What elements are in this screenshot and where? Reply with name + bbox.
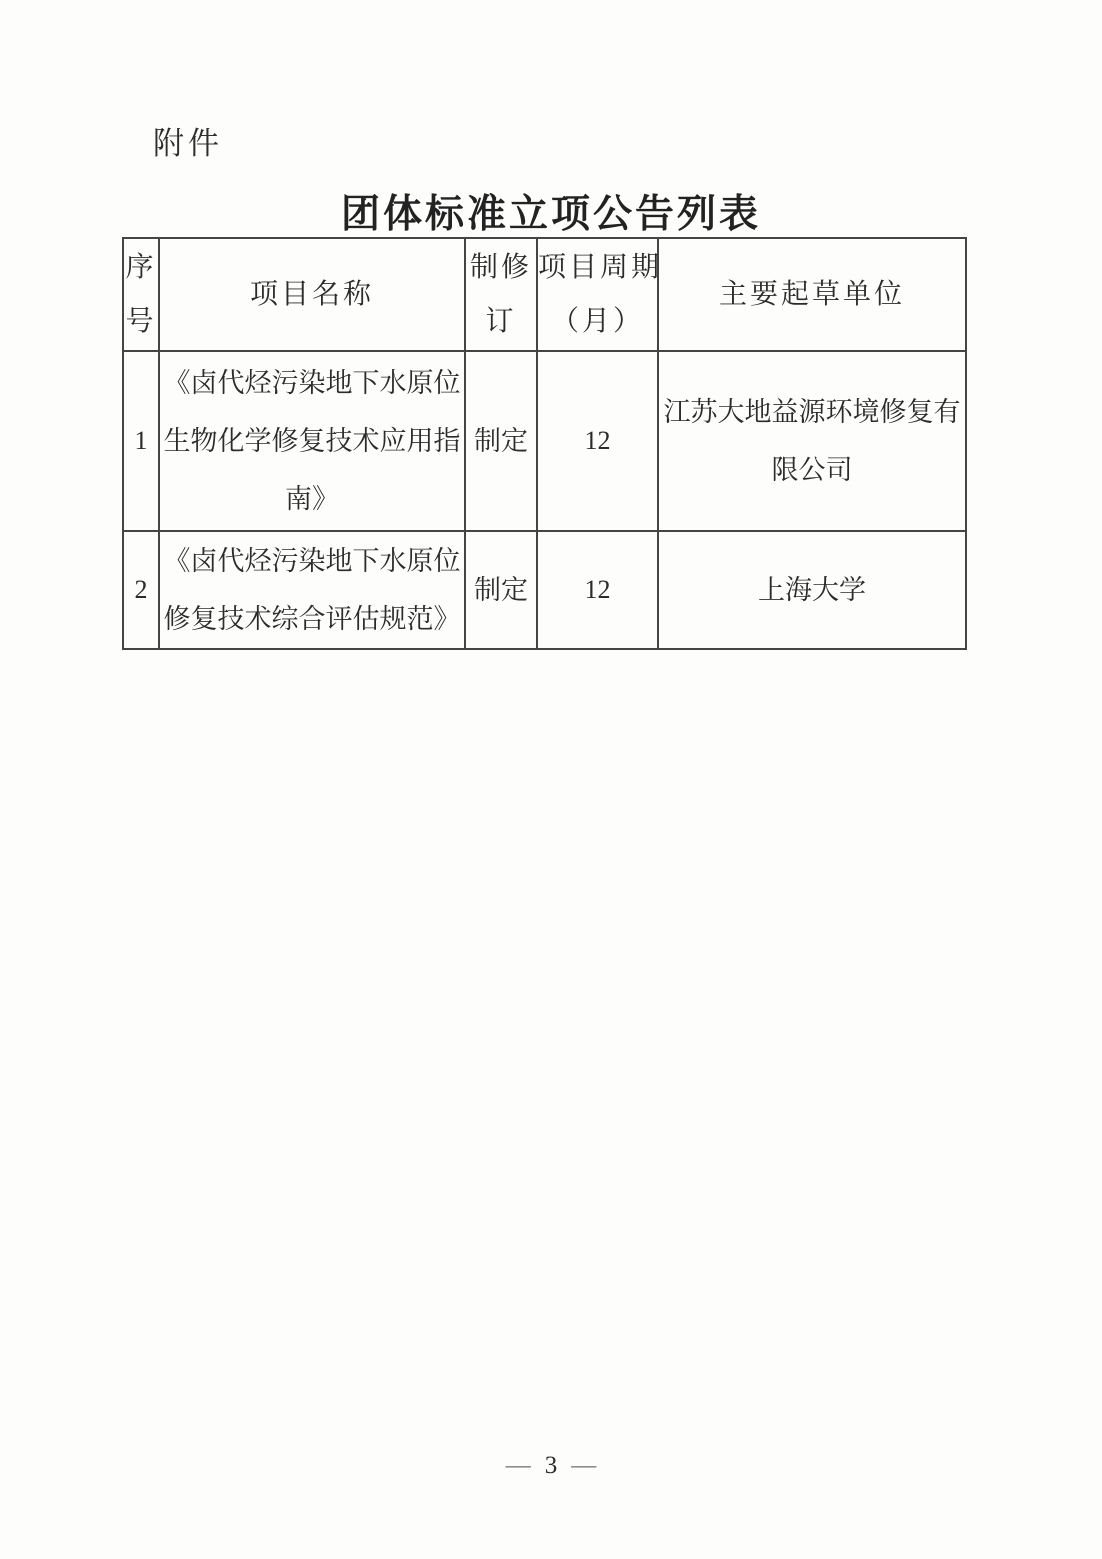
page-number: —3—	[0, 1452, 1102, 1480]
col-header-period-months: 项目周期（月）	[537, 238, 658, 351]
col-header-index: 序号	[123, 238, 159, 351]
cell-drafting-unit: 江苏大地益源环境修复有限公司	[658, 351, 966, 531]
page-title: 团体标准立项公告列表	[0, 183, 1102, 239]
table-row: 1 《卤代烃污染地下水原位生物化学修复技术应用指南》 制定 12 江苏大地益源环…	[123, 351, 966, 531]
cell-project-name: 《卤代烃污染地下水原位修复技术综合评估规范》	[159, 531, 465, 649]
cell-revision-type: 制定	[465, 351, 537, 531]
cell-project-name: 《卤代烃污染地下水原位生物化学修复技术应用指南》	[159, 351, 465, 531]
document-page: 附件 团体标准立项公告列表 序号 项目名称 制修订 项目周期（月） 主要起草单位…	[0, 0, 1102, 1559]
page-number-dash-right: —	[571, 1452, 596, 1479]
page-number-dash-left: —	[506, 1452, 531, 1479]
cell-period-months: 12	[537, 351, 658, 531]
cell-revision-type: 制定	[465, 531, 537, 649]
cell-index: 2	[123, 531, 159, 649]
col-header-project-name: 项目名称	[159, 238, 465, 351]
cell-period-months: 12	[537, 531, 658, 649]
cell-drafting-unit: 上海大学	[658, 531, 966, 649]
table-header-row: 序号 项目名称 制修订 项目周期（月） 主要起草单位	[123, 238, 966, 351]
standards-table: 序号 项目名称 制修订 项目周期（月） 主要起草单位 1 《卤代烃污染地下水原位…	[122, 237, 967, 650]
table-row: 2 《卤代烃污染地下水原位修复技术综合评估规范》 制定 12 上海大学	[123, 531, 966, 649]
page-number-value: 3	[545, 1452, 558, 1479]
cell-index: 1	[123, 351, 159, 531]
col-header-revision-type: 制修订	[465, 238, 537, 351]
attachment-label: 附件	[153, 118, 223, 163]
col-header-drafting-unit: 主要起草单位	[658, 238, 966, 351]
